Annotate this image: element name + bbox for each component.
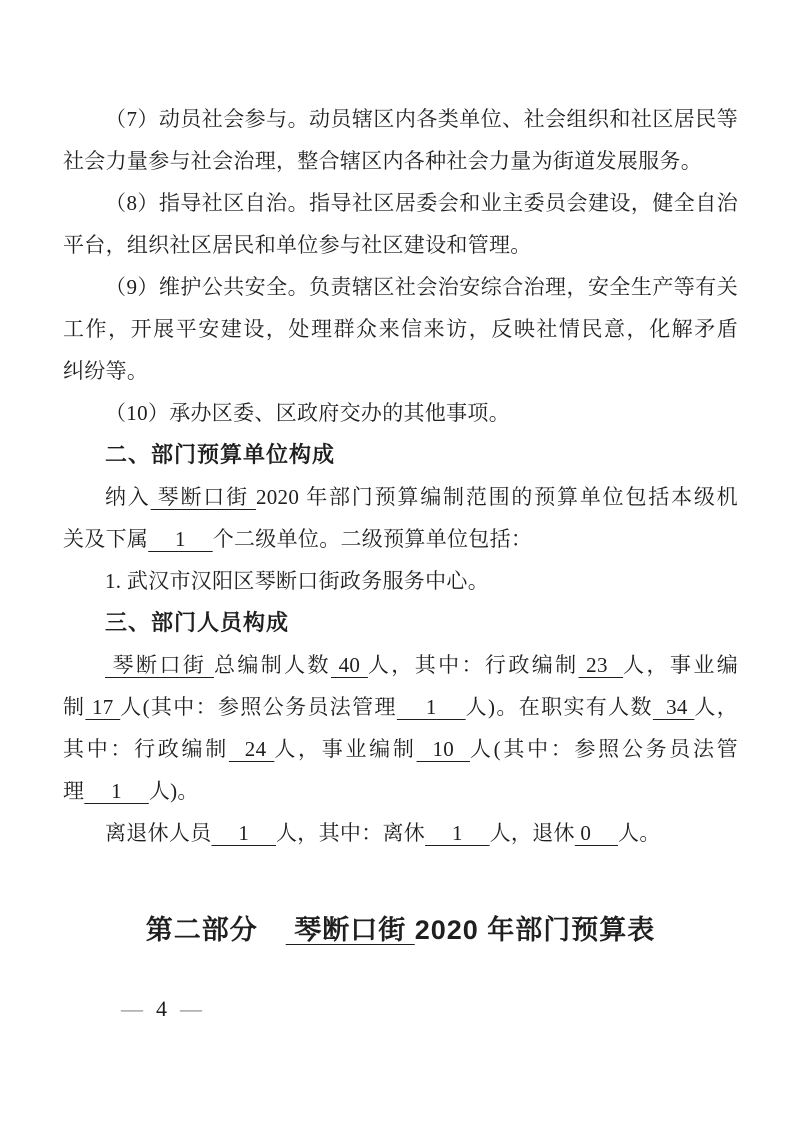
text-run: 关及下属 [63,527,148,551]
text-run: 平台，组织社区居民和单位参与社区建设和管理。 [63,233,532,257]
text-run: 第二部分 [146,915,286,945]
underlined-value: 琴断口街 [286,915,415,945]
text-run: 人(其中：参照公务员法管理 [120,695,397,719]
section-heading: 二、部门预算单位构成 [63,434,738,476]
underlined-value: 琴断口街 [151,485,256,509]
text-run: 人，其中：离休 [276,821,425,845]
text-run: 二、部门预算单位构成 [105,442,335,467]
footer-dash-left: — [121,996,143,1021]
document-body: （7）动员社会参与。动员辖区内各类单位、社会组织和社区居民等社会力量参与社会治理… [63,98,738,950]
text-run: 2020 年部门预算表 [415,915,656,945]
body-line: 理 1 人)。 [63,770,738,812]
text-run: （10）承办区委、区政府交办的其他事项。 [105,401,510,425]
body-line: 关及下属 1 个二级单位。二级预算单位包括： [63,518,738,560]
body-line: 工作，开展平安建设，处理群众来信来访，反映社情民意，化解矛盾 [63,308,738,350]
text-run: 人，事业编制 [274,737,416,761]
text-run: 人，退休 [490,821,575,845]
underlined-value: 琴断口街 [105,653,214,677]
body-line: 社会力量参与社会治理，整合辖区内各种社会力量为街道发展服务。 [63,140,738,182]
body-line: 离退休人员 1 人，其中：离休 1 人，退休 0 人。 [63,812,738,854]
footer-dash-right: — [180,996,202,1021]
underlined-value: 23 [579,653,624,677]
text-run: 1. 武汉市汉阳区琴断口街政务服务中心。 [105,569,489,593]
text-run: 纠纷等。 [63,359,148,383]
text-run: （8）指导社区自治。指导社区居委会和业主委员会建设，健全自治 [105,191,738,215]
section-heading: 三、部门人员构成 [63,602,738,644]
body-line: （7）动员社会参与。动员辖区内各类单位、社会组织和社区居民等 [63,98,738,140]
text-run: 人)。 [149,779,199,803]
underlined-value: 0 [575,821,618,845]
body-line: 1. 武汉市汉阳区琴断口街政务服务中心。 [63,560,738,602]
underlined-value: 1 [397,695,466,719]
body-line: （9）维护公共安全。负责辖区社会治安综合治理，安全生产等有关 [63,266,738,308]
underlined-value: 10 [417,737,470,761]
underlined-value: 1 [425,821,490,845]
text-run: 工作，开展平安建设，处理群众来信来访，反映社情民意，化解矛盾 [63,317,738,341]
text-run: 离退休人员 [105,821,212,845]
body-line: 琴断口街 总编制人数 40 人，其中：行政编制 23 人，事业编 [63,644,738,686]
text-run: 个二级单位。二级预算单位包括： [213,527,533,551]
body-line: 制 17 人(其中：参照公务员法管理 1 人)。在职实有人数 34 人， [63,686,738,728]
page-number: 4 [156,996,167,1021]
text-run: 其中：行政编制 [63,737,229,761]
text-run: 人(其中：参照公务员法管 [470,737,738,761]
page-footer: —4— [121,996,202,1022]
text-run: 人，其中：行政编制 [368,653,579,677]
text-run: 2020 年部门预算编制范围的预算单位包括本级机 [256,485,738,509]
text-run: （9）维护公共安全。负责辖区社会治安综合治理，安全生产等有关 [105,275,738,299]
body-line: 纠纷等。 [63,350,738,392]
underlined-value: 1 [212,821,277,845]
underlined-value: 1 [84,779,149,803]
body-line: （10）承办区委、区政府交办的其他事项。 [63,392,738,434]
text-run: 三、部门人员构成 [105,610,289,635]
text-run: 人， [694,695,738,719]
underlined-value: 17 [85,695,120,719]
text-run: （7）动员社会参与。动员辖区内各类单位、社会组织和社区居民等 [105,107,738,131]
underlined-value: 1 [148,527,213,551]
underlined-value: 24 [229,737,274,761]
text-run: 纳入 [105,485,151,509]
text-run: 制 [63,695,85,719]
body-line: 其中：行政编制 24 人，事业编制 10 人(其中：参照公务员法管 [63,728,738,770]
document-page: （7）动员社会参与。动员辖区内各类单位、社会组织和社区居民等社会力量参与社会治理… [0,0,793,1122]
text-run: 人，事业编 [623,653,738,677]
underlined-value: 34 [653,695,694,719]
text-run: 人。 [618,821,661,845]
text-run: 人)。在职实有人数 [466,695,653,719]
text-run: 社会力量参与社会治理，整合辖区内各种社会力量为街道发展服务。 [63,149,702,173]
body-line: （8）指导社区自治。指导社区居委会和业主委员会建设，健全自治 [63,182,738,224]
text-run: 总编制人数 [214,653,331,677]
body-line: 平台，组织社区居民和单位参与社区建设和管理。 [63,224,738,266]
text-run: 理 [63,779,84,803]
body-line: 纳入 琴断口街 2020 年部门预算编制范围的预算单位包括本级机 [63,476,738,518]
part-title: 第二部分 琴断口街 2020 年部门预算表 [63,910,738,950]
underlined-value: 40 [331,653,368,677]
